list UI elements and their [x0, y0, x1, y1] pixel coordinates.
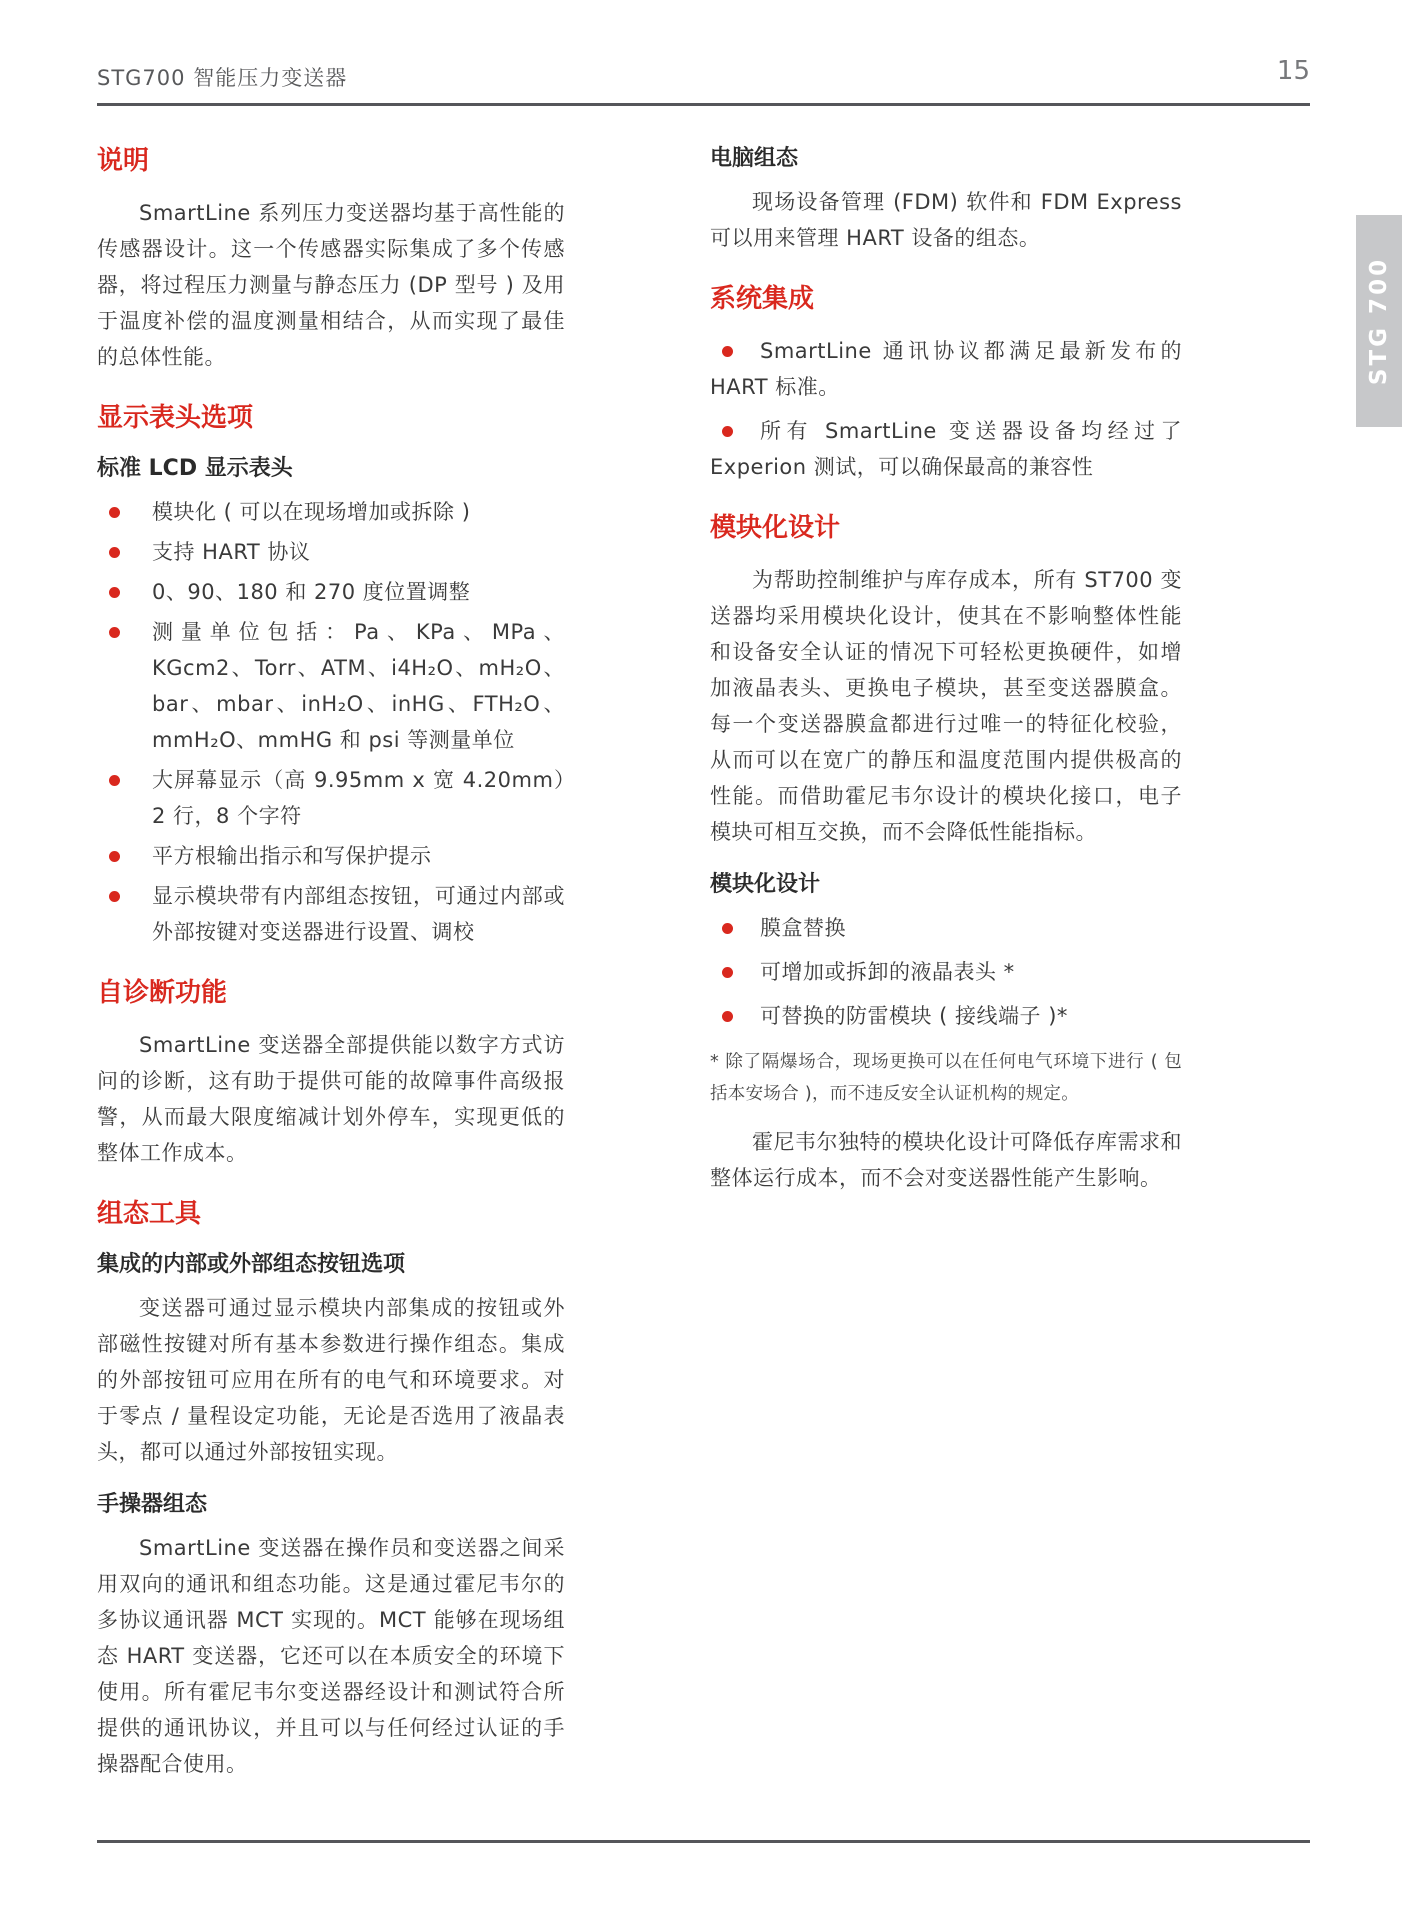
side-tab-label: STG 700 [1366, 257, 1392, 385]
footer-divider [97, 1840, 1310, 1843]
bullet-icon [722, 967, 733, 978]
list-item: 可增加或拆卸的液晶表头 * [710, 954, 1182, 990]
list-item: 大屏幕显示（高 9.95mm x 宽 4.20mm）2 行，8 个字符 [97, 762, 565, 834]
list-item: 平方根输出指示和写保护提示 [97, 838, 565, 874]
section-heading-description: 说明 [97, 146, 565, 177]
subheading-modular-design: 模块化设计 [710, 872, 1182, 898]
subheading-standard-lcd: 标准 LCD 显示表头 [97, 456, 565, 482]
list-item-text: 显示模块带有内部组态按钮，可通过内部或外部按键对变送器进行设置、调校 [152, 884, 565, 944]
self-diagnostics-paragraph: SmartLine 变送器全部提供能以数字方式访问的诊断，这有助于提供可能的故障… [97, 1027, 565, 1171]
left-column: 说明 SmartLine 系列压力变送器均基于高性能的传感器设计。这一个传感器实… [97, 132, 565, 1796]
list-item: 显示模块带有内部组态按钮，可通过内部或外部按键对变送器进行设置、调校 [97, 878, 565, 950]
section-heading-display-options: 显示表头选项 [97, 403, 565, 434]
list-item-text: 测量单位包括：Pa、KPa、MPa、KGcm2、Torr、ATM、i4H₂O、m… [152, 620, 565, 752]
bullet-icon [109, 627, 120, 638]
document-page: STG700 智能压力变送器 15 STG 700 说明 SmartLine 系… [0, 0, 1414, 1920]
section-heading-config-tools: 组态工具 [97, 1199, 565, 1230]
bullet-icon [722, 1011, 733, 1022]
list-item-text: 可增加或拆卸的液晶表头 * [760, 960, 1015, 984]
section-heading-system-integration: 系统集成 [710, 284, 1182, 315]
list-item: SmartLine 通讯协议都满足最新发布的 HART 标准。 [710, 333, 1182, 405]
list-item: 膜盒替换 [710, 910, 1182, 946]
list-item: 模块化 ( 可以在现场增加或拆除 ) [97, 494, 565, 530]
list-item: 支持 HART 协议 [97, 534, 565, 570]
list-item-text: 所有 SmartLine 变送器设备均经过了 Experion 测试，可以确保最… [710, 419, 1182, 479]
handheld-config-paragraph: SmartLine 变送器在操作员和变送器之间采用双向的通讯和组态功能。这是通过… [97, 1530, 565, 1782]
header-doc-title: STG700 智能压力变送器 [97, 62, 347, 92]
display-bullet-list: 模块化 ( 可以在现场增加或拆除 ) 支持 HART 协议 0、90、180 和… [97, 494, 565, 950]
bullet-icon [722, 426, 733, 437]
header-page-number: 15 [1277, 56, 1310, 86]
right-column: 电脑组态 现场设备管理 (FDM) 软件和 FDM Express 可以用来管理… [710, 132, 1182, 1210]
system-integration-bullet-list: SmartLine 通讯协议都满足最新发布的 HART 标准。 所有 Smart… [710, 333, 1182, 485]
bullet-icon [109, 775, 120, 786]
subheading-pc-config: 电脑组态 [710, 146, 1182, 172]
modular-design-footnote: * 除了隔爆场合，现场更换可以在任何电气环境下进行 ( 包括本安场合 )，而不违… [710, 1046, 1182, 1110]
list-item: 所有 SmartLine 变送器设备均经过了 Experion 测试，可以确保最… [710, 413, 1182, 485]
list-item: 可替换的防雷模块 ( 接线端子 )* [710, 998, 1182, 1034]
bullet-icon [722, 923, 733, 934]
modular-design-closing-paragraph: 霍尼韦尔独特的模块化设计可降低存库需求和整体运行成本，而不会对变送器性能产生影响… [710, 1124, 1182, 1196]
pc-config-paragraph: 现场设备管理 (FDM) 软件和 FDM Express 可以用来管理 HART… [710, 184, 1182, 256]
side-tab-stg700: STG 700 [1356, 215, 1402, 427]
list-item-text: 大屏幕显示（高 9.95mm x 宽 4.20mm）2 行，8 个字符 [152, 768, 565, 828]
modular-design-bullet-list: 膜盒替换 可增加或拆卸的液晶表头 * 可替换的防雷模块 ( 接线端子 )* [710, 910, 1182, 1034]
bullet-icon [109, 851, 120, 862]
bullet-icon [109, 587, 120, 598]
bullet-icon [109, 547, 120, 558]
list-item-text: 模块化 ( 可以在现场增加或拆除 ) [152, 500, 470, 524]
bullet-icon [109, 891, 120, 902]
list-item-text: SmartLine 通讯协议都满足最新发布的 HART 标准。 [710, 339, 1182, 399]
bullet-icon [109, 507, 120, 518]
header-divider [97, 103, 1310, 106]
list-item: 测量单位包括：Pa、KPa、MPa、KGcm2、Torr、ATM、i4H₂O、m… [97, 614, 565, 758]
section-heading-self-diagnostics: 自诊断功能 [97, 978, 565, 1009]
bullet-icon [722, 346, 733, 357]
description-paragraph: SmartLine 系列压力变送器均基于高性能的传感器设计。这一个传感器实际集成… [97, 195, 565, 375]
list-item-text: 膜盒替换 [760, 916, 846, 940]
integrated-buttons-paragraph: 变送器可通过显示模块内部集成的按钮或外部磁性按键对所有基本参数进行操作组态。集成… [97, 1290, 565, 1470]
modular-design-paragraph: 为帮助控制维护与库存成本，所有 ST700 变送器均采用模块化设计，使其在不影响… [710, 562, 1182, 850]
list-item-text: 0、90、180 和 270 度位置调整 [152, 580, 470, 604]
section-heading-modular-design: 模块化设计 [710, 513, 1182, 544]
subheading-integrated-buttons: 集成的内部或外部组态按钮选项 [97, 1252, 565, 1278]
list-item-text: 平方根输出指示和写保护提示 [152, 844, 432, 868]
list-item-text: 支持 HART 协议 [152, 540, 310, 564]
list-item: 0、90、180 和 270 度位置调整 [97, 574, 565, 610]
subheading-handheld-config: 手操器组态 [97, 1492, 565, 1518]
list-item-text: 可替换的防雷模块 ( 接线端子 )* [760, 1004, 1068, 1028]
